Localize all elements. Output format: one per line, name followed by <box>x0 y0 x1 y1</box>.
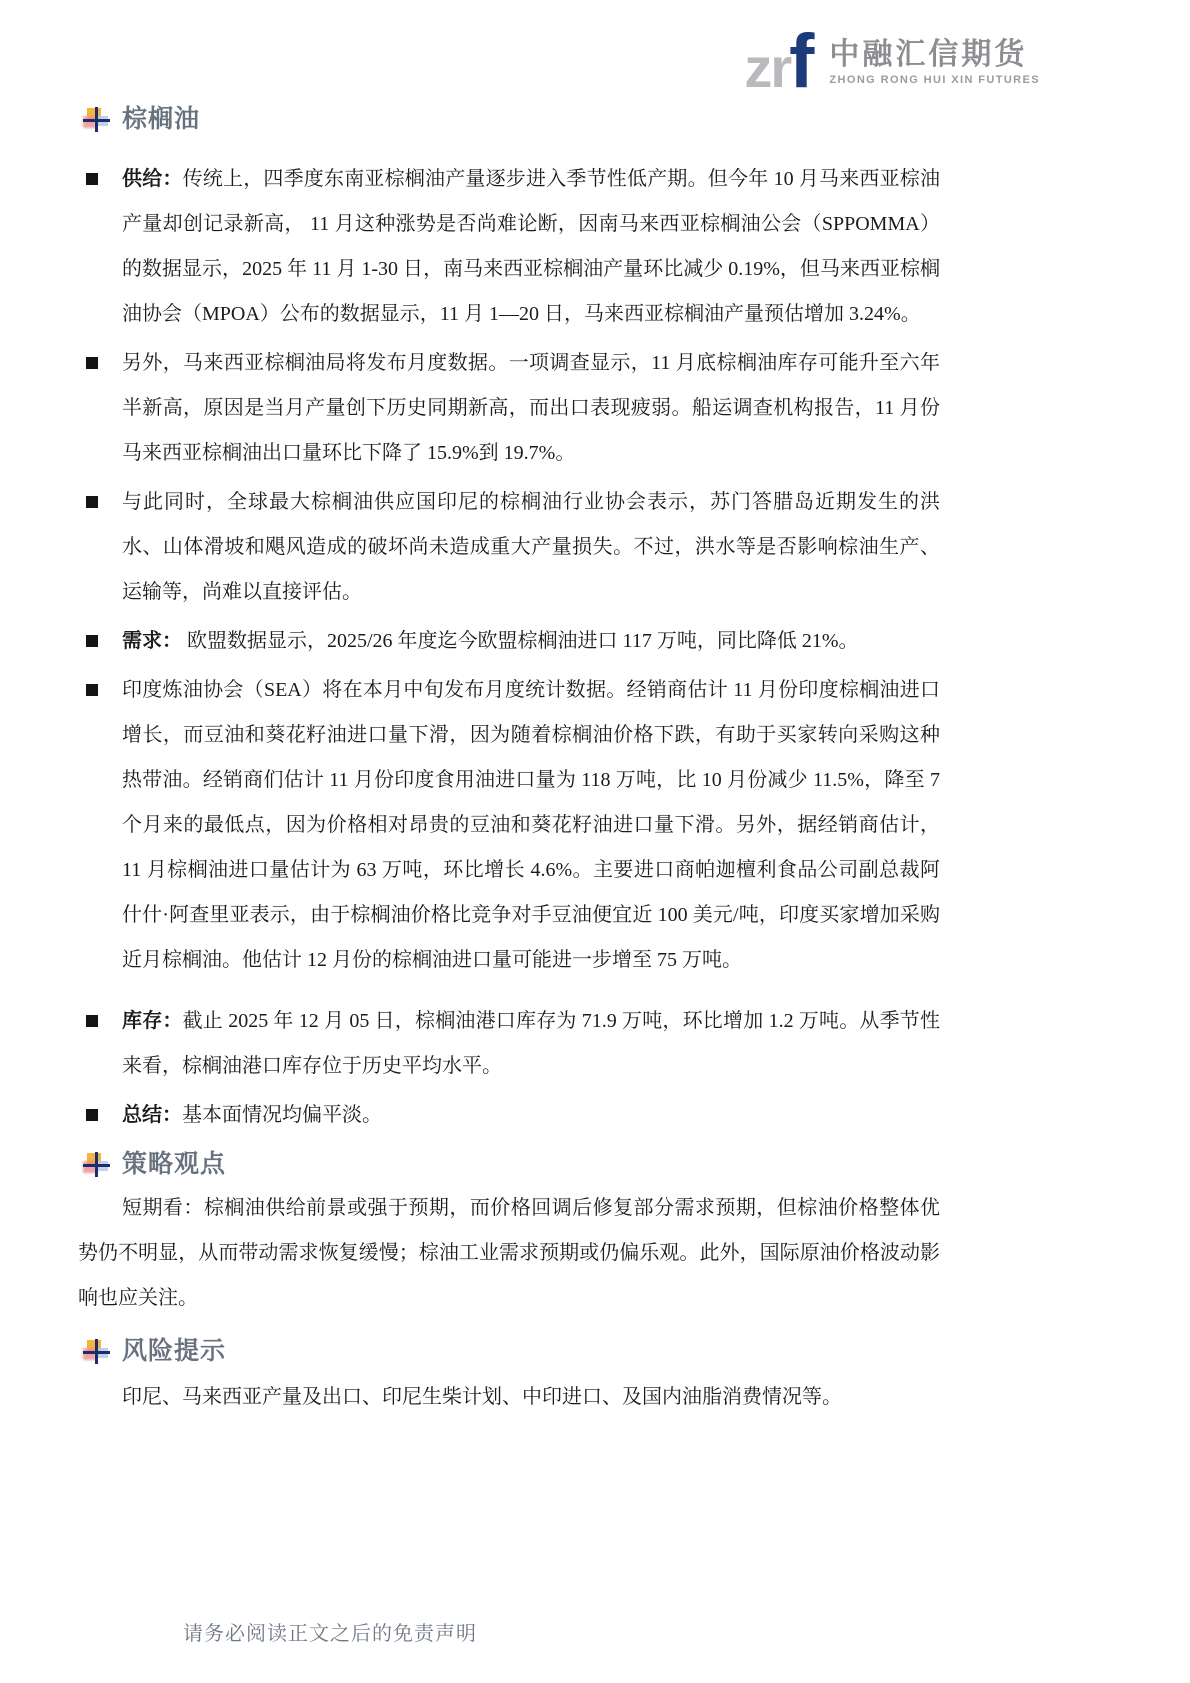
bullet-demand: 需求： 欧盟数据显示，2025/26 年度迄今欧盟棕榈油进口 117 万吨，同比… <box>78 619 940 664</box>
bullet-indonesia: 与此同时，全球最大棕榈油供应国印尼的棕榈油行业协会表示，苏门答腊岛近期发生的洪水… <box>78 480 940 615</box>
section-palm-oil-heading: 棕榈油 <box>78 103 940 137</box>
bullet-text: 基本面情况均偏平淡。 <box>182 1104 382 1126</box>
bullet-text: 与此同时，全球最大棕榈油供应国印尼的棕榈油行业协会表示，苏门答腊岛近期发生的洪水… <box>122 491 940 603</box>
bullet-india-imports: 印度炼油协会（SEA）将在本月中旬发布月度统计数据。经销商估计 11 月份印度棕… <box>78 668 940 983</box>
section-title-risk: 风险提示 <box>122 1335 226 1369</box>
logo-f-letter: f <box>789 24 814 100</box>
strategy-paragraph: 短期看：棕榈油供给前景或强于预期，而价格回调后修复部分需求预期，但棕油价格整体优… <box>78 1186 940 1321</box>
bullet-text: 截止 2025 年 12 月 05 日，棕榈油港口库存为 71.9 万吨，环比增… <box>122 1010 940 1077</box>
bullet-supply: 供给：传统上，四季度东南亚棕榈油产量逐步进入季节性低产期。但今年 10 月马来西… <box>78 157 940 337</box>
bullet-inventory: 库存：截止 2025 年 12 月 05 日，棕榈油港口库存为 71.9 万吨，… <box>78 999 940 1089</box>
logo-zrf-monogram: zr f <box>744 24 814 100</box>
company-name-cn: 中融汇信期货 <box>829 38 1040 71</box>
bullet-square-icon <box>86 173 98 185</box>
report-body: 棕榈油 供给：传统上，四季度东南亚棕榈油产量逐步进入季节性低产期。但今年 10 … <box>78 103 940 1420</box>
bullet-summary: 总结：基本面情况均偏平淡。 <box>78 1093 940 1138</box>
section-title-palm-oil: 棕榈油 <box>122 103 200 137</box>
bullet-mpob: 另外，马来西亚棕榈油局将发布月度数据。一项调查显示，11 月底棕榈油库存可能升至… <box>78 341 940 476</box>
bullet-label: 库存： <box>122 1010 183 1032</box>
bullet-label: 总结： <box>122 1104 182 1126</box>
report-page: zr f 中融汇信期货 ZHONG RONG HUI XIN FUTURES 棕… <box>0 0 1190 1683</box>
section-risk-heading: 风险提示 <box>78 1335 940 1369</box>
logo-wordmark: 中融汇信期货 ZHONG RONG HUI XIN FUTURES <box>829 38 1040 86</box>
bullet-square-icon <box>86 1109 98 1121</box>
company-name-en: ZHONG RONG HUI XIN FUTURES <box>829 74 1040 86</box>
bullet-square-icon <box>86 496 98 508</box>
section-bullet-icon <box>83 107 111 133</box>
risk-paragraph: 印尼、马来西亚产量及出口、印尼生柴计划、中印进口、及国内油脂消费情况等。 <box>78 1375 940 1420</box>
bullet-square-icon <box>86 1015 98 1027</box>
bullet-text: 印度炼油协会（SEA）将在本月中旬发布月度统计数据。经销商估计 11 月份印度棕… <box>122 679 940 971</box>
bullet-label: 需求： <box>122 630 182 652</box>
palm-oil-bullet-list: 供给：传统上，四季度东南亚棕榈油产量逐步进入季节性低产期。但今年 10 月马来西… <box>78 157 940 1138</box>
bullet-text: 另外，马来西亚棕榈油局将发布月度数据。一项调查显示，11 月底棕榈油库存可能升至… <box>122 352 940 464</box>
bullet-label: 供给： <box>122 168 183 190</box>
section-title-strategy: 策略观点 <box>122 1148 226 1182</box>
bullet-square-icon <box>86 684 98 696</box>
bullet-text: 欧盟数据显示，2025/26 年度迄今欧盟棕榈油进口 117 万吨，同比降低 2… <box>182 630 858 652</box>
company-logo: zr f 中融汇信期货 ZHONG RONG HUI XIN FUTURES <box>744 24 1040 100</box>
section-bullet-icon <box>83 1152 111 1178</box>
bullet-square-icon <box>86 357 98 369</box>
bullet-square-icon <box>86 635 98 647</box>
footer-disclaimer: 请务必阅读正文之后的免责声明 <box>183 1620 477 1648</box>
bullet-text: 传统上，四季度东南亚棕榈油产量逐步进入季节性低产期。但今年 10 月马来西亚棕油… <box>122 168 940 325</box>
section-strategy-heading: 策略观点 <box>78 1148 940 1182</box>
section-bullet-icon <box>83 1339 111 1365</box>
logo-zr-letters: zr <box>744 40 790 96</box>
